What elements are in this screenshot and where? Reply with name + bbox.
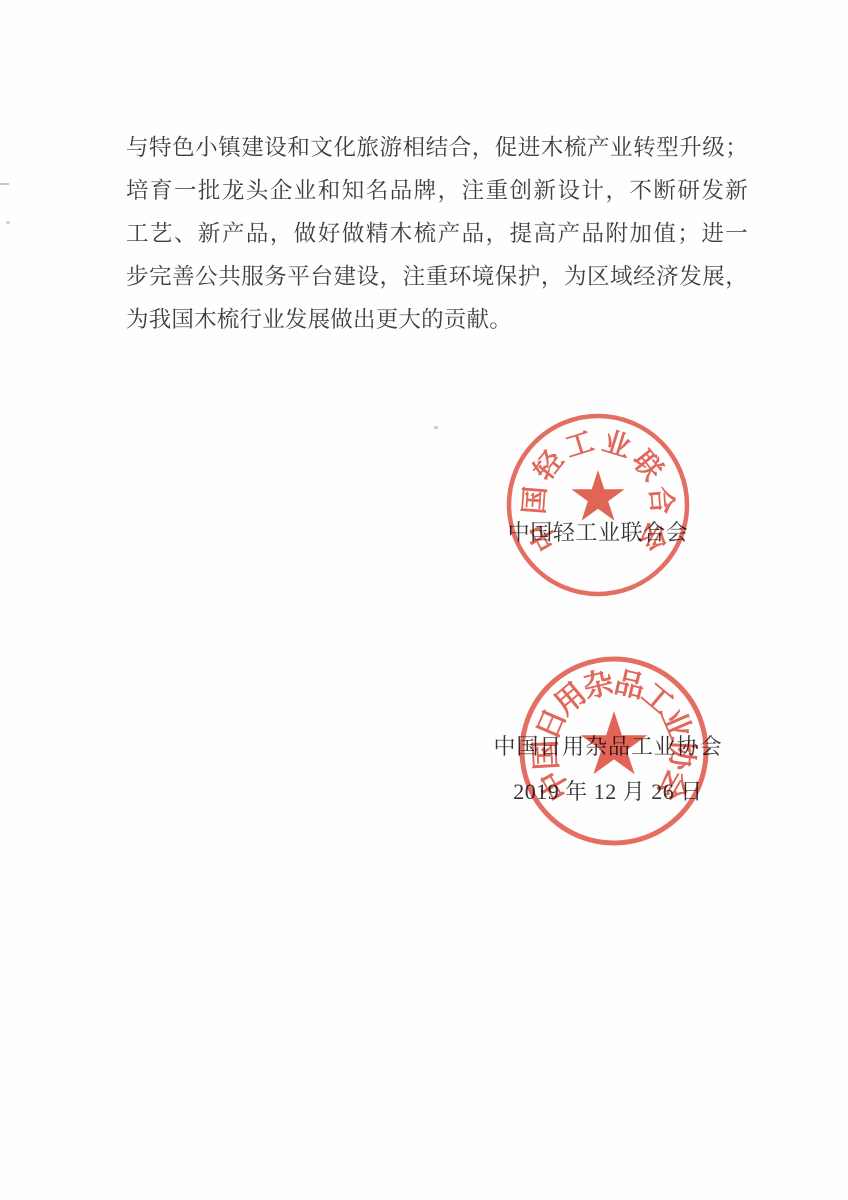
- seal-ring-char: 联: [626, 445, 668, 487]
- star-icon: [571, 470, 624, 521]
- scan-artifact: [0, 183, 9, 185]
- paragraph-line: 为我国木梳行业发展做出更大的贡献。: [126, 298, 748, 341]
- scan-artifact: [434, 426, 438, 429]
- seal-china-light-industry-council: 中 国 轻 工 业 联 合 会: [503, 410, 693, 600]
- paragraph-line: 步完善公共服务平台建设，注重环境保护，为区域经济发展，: [126, 255, 748, 298]
- paragraph-line: 培育一批龙头企业和知名品牌，注重创新设计，不断研发新: [126, 169, 748, 212]
- seal-ring-char: 国: [518, 485, 552, 515]
- star-icon: [581, 711, 648, 774]
- seal-ring-char: 业: [598, 425, 634, 464]
- body-paragraph: 与特色小镇建设和文化旅游相结合，促进木梳产业转型升级； 培育一批龙头企业和知名品…: [126, 126, 748, 341]
- scan-artifact: [6, 221, 10, 224]
- seal-ring-char: 杂: [580, 666, 617, 705]
- seal-china-daily-sundries-association: 中 国 日 用 杂 品 工 业 协 会: [510, 647, 718, 855]
- seal-ring-char: 中: [523, 516, 565, 556]
- seal-ring-char: 工: [562, 426, 598, 464]
- seal-ring-char: 会: [632, 516, 674, 556]
- seal-ring-char: 合: [644, 485, 679, 515]
- paragraph-line: 与特色小镇建设和文化旅游相结合，促进木梳产业转型升级；: [126, 126, 748, 169]
- seal-ring-char: 轻: [527, 444, 571, 487]
- document-page: 与特色小镇建设和文化旅游相结合，促进木梳产业转型升级； 培育一批龙头企业和知名品…: [0, 0, 848, 1200]
- paragraph-line: 工艺、新产品，做好做精木梳产品，提高产品附加值；进一: [126, 212, 748, 255]
